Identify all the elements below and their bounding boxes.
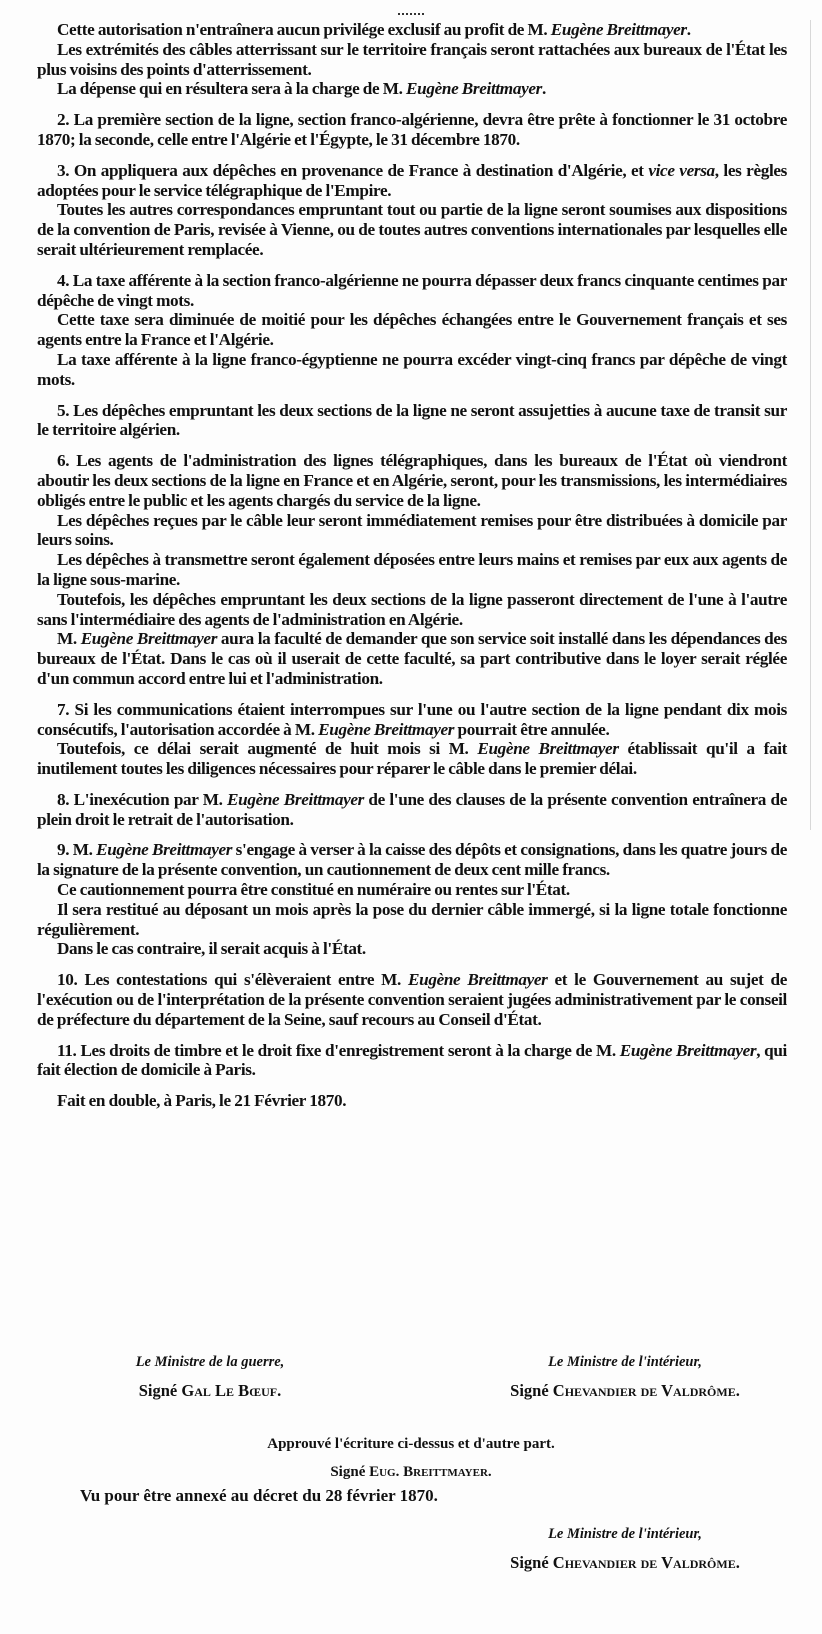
paragraph-p3: La dépense qui en résultera sera à la ch… <box>37 79 787 99</box>
text-run: 4. La taxe afférente à la section franco… <box>37 271 787 310</box>
annex-minister-name-line: Signé Chevandier de Valdrôme. <box>455 1553 795 1573</box>
interior-minister-name-line: Signé Chevandier de Valdrôme. <box>455 1381 795 1401</box>
italic-name: Eugène Breittmayer <box>551 20 687 39</box>
paragraph-art9b: Ce cautionnement pourra être constitué e… <box>37 880 787 900</box>
text-run: Toutefois, ce délai serait augmenté de h… <box>57 739 477 758</box>
signature-interior-minister: Le Ministre de l'intérieur, Signé Chevan… <box>455 1354 795 1401</box>
paragraph-art6b: Les dépêches reçues par le câble leur se… <box>37 511 787 551</box>
annex-minister-title: Le Ministre de l'intérieur, <box>455 1526 795 1543</box>
text-run: Les dépêches à transmettre seront égalem… <box>37 550 787 589</box>
text-run: pourrait être annulée. <box>454 720 609 739</box>
text-run: 11. Les droits de timbre et le droit fix… <box>57 1041 620 1060</box>
text-run: Cette taxe sera diminuée de moitié pour … <box>37 310 787 349</box>
signed-prefix: Signé <box>139 1381 182 1400</box>
war-minister-name: Gal Le Bœuf. <box>181 1381 281 1400</box>
paragraph-p2: Les extrémités des câbles atterrissant s… <box>37 40 787 80</box>
text-run: 6. Les agents de l'administration des li… <box>37 451 787 510</box>
italic-name: Eugène Breittmayer <box>318 720 454 739</box>
text-run: Il sera restitué au déposant un mois apr… <box>37 900 787 939</box>
interior-minister-title: Le Ministre de l'intérieur, <box>455 1354 795 1371</box>
italic-name: Eugène Breittmayer <box>227 790 364 809</box>
page-edge-rule <box>810 20 811 830</box>
text-run: Cette autorisation n'entraînera aucun pr… <box>57 20 551 39</box>
paragraph-art4b: Cette taxe sera diminuée de moitié pour … <box>37 310 787 350</box>
signature-war-minister: Le Ministre de la guerre, Signé Gal Le B… <box>80 1354 340 1401</box>
text-run: Toutefois, les dépêches empruntant les d… <box>37 590 787 629</box>
paragraph-art10: 10. Les contestations qui s'élèveraient … <box>37 970 787 1029</box>
paragraph-art3b: Toutes les autres correspondances emprun… <box>37 200 787 259</box>
italic-name: Eugène Breittmayer <box>408 970 548 989</box>
text-run: Fait en double, à Paris, le 21 Février 1… <box>57 1091 346 1110</box>
text-run: Ce cautionnement pourra être constitué e… <box>57 880 570 899</box>
italic-name: Eugène Breittmayer <box>81 629 217 648</box>
italic-name: vice versa <box>648 161 714 180</box>
annex-minister-name: Chevandier de Valdrôme. <box>553 1553 740 1572</box>
paragraph-art9: 9. M. Eugène Breittmayer s'engage à vers… <box>37 840 787 880</box>
text-run: . <box>542 79 546 98</box>
paragraph-art9c: Il sera restitué au déposant un mois apr… <box>37 900 787 940</box>
text-run: La taxe afférente à la ligne franco-égyp… <box>37 350 787 389</box>
text-run: Les dépêches reçues par le câble leur se… <box>37 511 787 550</box>
text-run: 3. On appliquera aux dépêches en provena… <box>57 161 648 180</box>
war-minister-name-line: Signé Gal Le Bœuf. <box>80 1381 340 1401</box>
italic-name: Eugène Breittmayer <box>406 79 542 98</box>
paragraph-art6e: M. Eugène Breittmayer aura la faculté de… <box>37 629 787 688</box>
paragraph-art6: 6. Les agents de l'administration des li… <box>37 451 787 510</box>
text-run: 8. L'inexécution par M. <box>57 790 227 809</box>
approval-signer: Eug. Breittmayer. <box>369 1464 492 1480</box>
signed-prefix: Signé <box>330 1464 369 1480</box>
paragraph-art6d: Toutefois, les dépêches empruntant les d… <box>37 590 787 630</box>
text-run: 10. Les contestations qui s'élèveraient … <box>57 970 408 989</box>
paragraph-art4c: La taxe afférente à la ligne franco-égyp… <box>37 350 787 390</box>
annex-signature: Le Ministre de l'intérieur, Signé Chevan… <box>455 1526 795 1573</box>
text-run: 5. Les dépêches empruntant les deux sect… <box>37 401 787 440</box>
signed-prefix: Signé <box>510 1381 553 1400</box>
text-run: 2. La première section de la ligne, sect… <box>37 110 787 149</box>
paragraph-art3: 3. On appliquera aux dépêches en provena… <box>37 161 787 201</box>
paragraph-art9d: Dans le cas contraire, il serait acquis … <box>37 939 787 959</box>
paragraph-art6c: Les dépêches à transmettre seront égalem… <box>37 550 787 590</box>
text-run: La dépense qui en résultera sera à la ch… <box>57 79 406 98</box>
paragraph-fait: Fait en double, à Paris, le 21 Février 1… <box>37 1091 787 1111</box>
italic-name: Eugène Breittmayer <box>620 1041 756 1060</box>
convention-articles: Cette autorisation n'entraînera aucun pr… <box>37 20 787 1111</box>
paragraph-art7b: Toutefois, ce délai serait augmenté de h… <box>37 739 787 779</box>
text-run: Toutes les autres correspondances emprun… <box>37 200 787 259</box>
text-run: . <box>687 20 691 39</box>
italic-name: Eugène Breittmayer <box>96 840 232 859</box>
page-marker <box>398 13 424 17</box>
approval-line: Approuvé l'écriture ci-dessus et d'autre… <box>0 1436 822 1453</box>
paragraph-art4: 4. La taxe afférente à la section franco… <box>37 271 787 311</box>
paragraph-art8: 8. L'inexécution par M. Eugène Breittmay… <box>37 790 787 830</box>
annex-line: Vu pour être annexé au décret du 28 févr… <box>80 1486 438 1506</box>
approval-signature: Signé Eug. Breittmayer. <box>0 1464 822 1481</box>
paragraph-art5: 5. Les dépêches empruntant les deux sect… <box>37 401 787 441</box>
war-minister-title: Le Ministre de la guerre, <box>80 1354 340 1371</box>
paragraph-art2: 2. La première section de la ligne, sect… <box>37 110 787 150</box>
text-run: Les extrémités des câbles atterrissant s… <box>37 40 787 79</box>
italic-name: Eugène Breittmayer <box>477 739 618 758</box>
paragraph-p1: Cette autorisation n'entraînera aucun pr… <box>37 20 787 40</box>
paragraph-art7: 7. Si les communications étaient interro… <box>37 700 787 740</box>
text-run: 9. M. <box>57 840 96 859</box>
text-run: Dans le cas contraire, il serait acquis … <box>57 939 366 958</box>
text-run: M. <box>57 629 81 648</box>
interior-minister-name: Chevandier de Valdrôme. <box>553 1381 740 1400</box>
paragraph-art11: 11. Les droits de timbre et le droit fix… <box>37 1041 787 1081</box>
document-page: Cette autorisation n'entraînera aucun pr… <box>0 0 822 1634</box>
signed-prefix: Signé <box>510 1553 553 1572</box>
